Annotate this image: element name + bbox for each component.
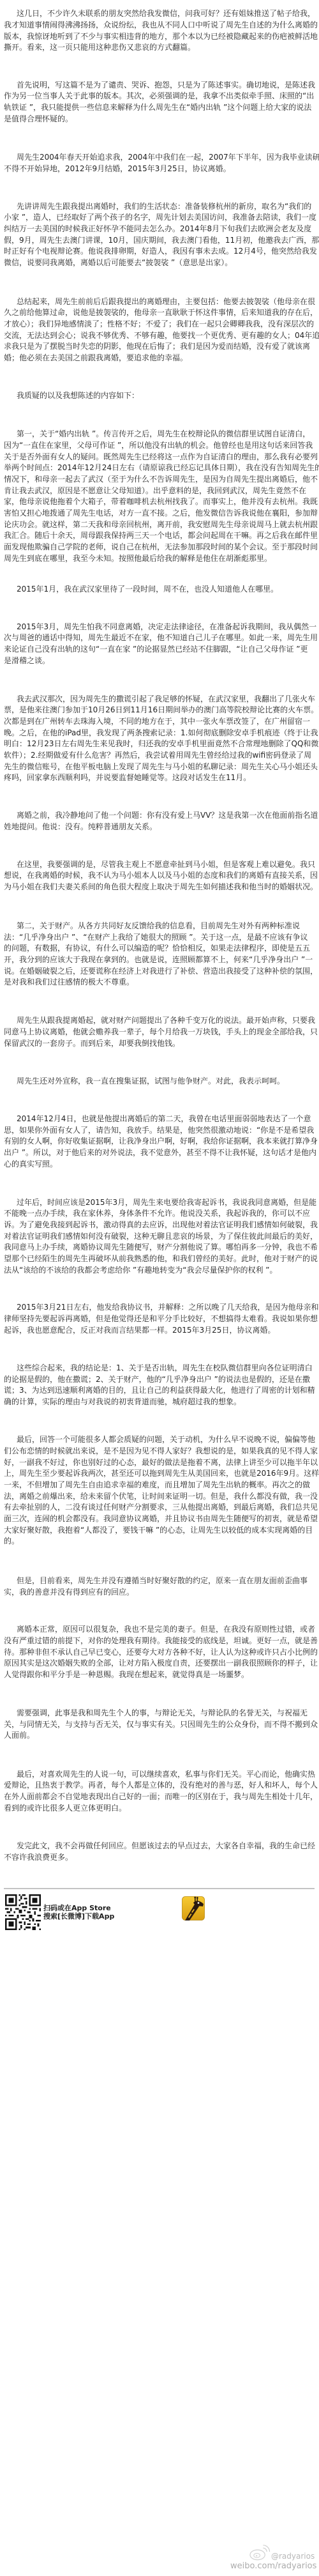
text-line: 明白：12月23日左右周先生来见我时，归还我的安卓手机里面竟然不合常理地删除了Q… (4, 739, 319, 750)
app-promo-text: 扫码或在App Store 搜索[长微博]下载App (43, 1904, 114, 1920)
text-line: 但是，目前看来，周先生并没有遵循当时好聚好散的约定，原来一直在朋友面前歪曲事 (4, 1575, 319, 1587)
paragraph: 2015年3月，周先生怕我不同意离婚，决定走法律途径，在准备起诉我期间，我从偶然… (4, 622, 319, 667)
text-line: 起诉，我也愿意配合，反正对我而言结果都一样。2015年3月25日，协议离婚。 (4, 1325, 319, 1337)
text-line: 的问题，有数据，有协议，有什么可以编造的呢？恰恰相反，如果走法律程序，即使是五五 (4, 943, 319, 954)
text-line: 纠结万一去美国的时候我正好怀孕不能同去怎么办。2014年8月下旬我们去欧洲会老友… (4, 224, 319, 235)
paragraph: 我质疑的以及我想陈述的内容如下： (4, 390, 319, 402)
text-line: 待。那种非但不承认自己早已变心，还要夸大对方各种不好，让人认为这种或许只占小比例… (4, 1647, 319, 1659)
text-line: 这些综合起来，我的结论是：1、关于是否出轨，周先生在校队微信群里向各位证明清白 (4, 1363, 319, 1374)
text-line: 是值得合理怀疑的。 (4, 114, 319, 125)
text-line: 交流，无法达到会心；说我不够优秀、不够有趣，他要找一个更优秀、更有趣的女人；04… (4, 330, 319, 342)
text-line: 说。在婚姻破裂之后，还要谎称在经济上对我进行了补偿、营造出我接受了这种补偿的氛围… (4, 966, 319, 977)
paragraph: 这些综合起来，我的结论是：1、关于是否出轨，周先生在校队微信群里向各位证明清白的… (4, 1363, 319, 1408)
text-line: 有去牵扯别的人，二没有谈过任何财产分割要求，三从他提出离婚，到最后离婚，我们总共… (4, 1502, 319, 1514)
text-line: 出户 ”。所以，对于他后来的对外说法，我不觉意外，甚至不得不让我怀疑，这句话才是… (4, 1147, 319, 1159)
text-line: 一来，不但增加了周先生自由追求幸福的难度，而且增加了周先生出轨的概率。再次之的做 (4, 1480, 319, 1491)
giraffe-app-icon (182, 1896, 205, 1920)
text-line: 论庆功会。就这样，第二天我和母亲回杭州，离开前，我安慰周先生母亲说周马上就去杭州… (4, 519, 319, 531)
text-line: 法从“该给的不该给的我都会考虑给你 ”有趣地转变为“我会尽量保护你的权利 ”。 (4, 1265, 319, 1276)
promo-line-scan: 扫码或在App Store (43, 1904, 114, 1912)
paragraph: 过年后，时间应该是2015年3月，周先生来电要给我寄起诉书，我说我同意离婚，但是… (4, 1197, 319, 1276)
text-line: 情况下，和母亲一起去了武汉（至于为什么不告诉周先生，是因为自周先生提出离婚后，他… (4, 474, 319, 486)
text-line: 实，我的善意并没有得到应有的回应。 (4, 1587, 319, 1598)
text-line: 是对我和我们过往感情的极大不尊重。 (4, 977, 319, 988)
text-line: 对着法官证明我们感情如何没有破裂，这种无聊且悲哀的场景，为了保住彼此间最后的美好… (4, 1231, 319, 1243)
text-line: 我汇合。随后十余天，周母跟我保持两三天一个电话，都会问起周在干嘛。再之后我在邮件… (4, 530, 319, 542)
text-line: 的。 (4, 1536, 319, 1547)
text-line: 大家好聚好散，我抱着“人都没了，要钱干嘛 ”的心态，让周先生以较低的成本实现离婚… (4, 1525, 319, 1537)
text-line: 心的真实写照。 (4, 1159, 319, 1170)
text-line: 爱辩论，且热衷于教学。再者，每个人都是立体的，没有绝对的善与恶，好人和坏人，每个… (4, 1780, 319, 1791)
text-line: 2014年12月4日，也就是他提出离婚后的第二天，我曾在电话里面弱弱地表达了一个… (4, 1114, 319, 1125)
article-body: 这几日，不少许久未联系的朋友突然给我发微信，问我可好？还有姐妹推送了帖子给我，我… (0, 0, 319, 1878)
text-line: 总结起来，周先生前前后后跟我提出的离婚理由，主要包括：他要去披袈裟（他母亲在很 (4, 296, 319, 308)
text-line: 版本，我惊讶地听到了不少与事实相违背的地方，那个本以为已经被隐藏起来的伤疤被鲜活… (4, 31, 319, 43)
paragraph: 周先生从跟我提离婚起，就对财产问题提出了各种千变万化的说法。最开始声称，只要我同… (4, 1015, 319, 1049)
text-line: 离婚之前，我冷静地问了他一个问题：你有没有爱上马VV？这是我第一次在他面前指名道 (4, 810, 319, 822)
text-line: 晚。之后，在他的iPad里，我发现了两条搜索记录：1.如何彻底删除安卓手机痕迹（… (4, 728, 319, 739)
text-line: 2015年1月，我在武汉家里待了一段时间，周不在，也没人知道他人在哪里。 (4, 584, 319, 595)
paragraph: 发完此文，我不会再做任何回应。但愿该过去的早点过去，大家各自幸福，我的生命已经不… (4, 1841, 319, 1863)
text-line: 我才知道事情闹得沸沸扬扬，众说纷纭，我也从不同人口中听说了周先生自述的为什么离婚… (4, 20, 319, 31)
text-line: 同意马上协议离婚，他就会赡养我一辈子，每个月给我一万块钱，手头上的现金全部给我，… (4, 1027, 319, 1038)
paragraph: 这几日，不少许久未联系的朋友突然给我发微信，问我可好？还有姐妹推送了帖子给我，我… (4, 8, 319, 54)
text-line: 法：“几乎净身出户 ”、“在财产上我给了她很大的照顾 ”。关于这一点，是最不应该… (4, 932, 319, 944)
text-line: 时正好有个电视辩论赛。他说我排卵期，好造人，我因有事未去成。12月4号，他突然给… (4, 246, 319, 257)
text-line: 轨铁证 ”，我只能提供一些信息来解释为什么周先生在“婚内出轨 ”这个问题上给大家… (4, 102, 319, 114)
text-line: 周先生还对外宣称，我一直在搜集证据，试图与他争财产。对此，我表示呵呵。 (4, 1076, 319, 1087)
text-line: 求我只是为了摆脱当时失恋的阴影，他现在后悔了；我们是因为爱而结婚，没有爱了就该离 (4, 341, 319, 353)
text-line: 上，周先生至少要起诉我两次，甚至还可以拖到周先生从美国回来，也就是2016年9月… (4, 1468, 319, 1480)
watermark-url: weibo.com/radyarios (230, 2561, 316, 2571)
paragraph: 最后，对喜欢周先生的人说一句，可以继续喜欢，私事与你们无关。平心而论，他确实热爱… (4, 1769, 319, 1814)
paragraph: 2015年3月21日左右，他发给我协议书，并解释：之所以晚了几天给我，是因为他母… (4, 1302, 319, 1336)
text-line: 法，离婚之前爆出来，给未来留个伏笔，让时间来证明一切。但是，我什么都没有做，我一… (4, 1491, 319, 1503)
text-line: 需要强调，此事是我和周先生个人的事，与辩论无关，与辩论队的名誉无关，与祝福无 (4, 1708, 319, 1719)
text-line: 这几日，不少许久未联系的朋友突然给我发微信，问我可好？还有姐妹推送了帖子给我， (4, 8, 319, 20)
text-line: 久之前给他算过命，说他是披袈裟的，他母亲一直耿耿于怀这件事情，后来知道我的存在后… (4, 307, 319, 319)
text-line: 不得不开始异地，2012年9月结婚，2015年3月25日，协议离婚。 (4, 164, 319, 175)
text-line: 周先生从跟我提离婚起，就对财产问题提出了各种千变万化的说法。最开始声称，只要我 (4, 1015, 319, 1027)
text-line: 次都是到在广州转车去珠海入境，不同的地方在于，其中一张火车票改签了，在广州留宿一 (4, 716, 319, 728)
text-line: 次与周爸的通话中得知，周先生最近不在家，他不知道自己儿子在哪里。如此一来，周先生… (4, 632, 319, 644)
text-line: 害怕又担心地拨通了周先生电话，对方一直不接。之后，他发微信告诉我说他在襄阳，参加… (4, 508, 319, 519)
paragraph: 先讲讲周先生跟我提出离婚时，我们的生活状态：准备装修杭州的新房，取名为“我们的小… (4, 201, 319, 269)
text-line: 2015年3月，周先生怕我不同意离婚，决定走法律途径，在准备起诉我期间，我从偶然… (4, 622, 319, 633)
text-line: 在这里，我要强调的是，尽管我主观上不愿意牵扯到马小姐，但是客观上难以避免。我只 (4, 859, 319, 871)
text-line: 疼吗，回家拿东西顺利吗，并说要监督她睡觉等。这段对话发生在11月。 (4, 772, 319, 784)
paragraph: 周先生2004年春天开始追求我，2004年中我们在一起，2007年下半年，因为我… (4, 152, 319, 174)
paragraph: 离婚本正常，原因可以很复杂，我也不是完美的妻子。但是，在我没有原则性过错，或者没… (4, 1624, 319, 1680)
text-line: 因为“一直住在家里，父母可作证 ”，所以他没有出轨的机会。他曾经也是用这句话来回… (4, 440, 319, 452)
text-line: 确的计算，实际的理由与对我说的初衷背道而驰，城府超过我的想象。 (4, 1397, 319, 1408)
text-line: 我质疑的以及我想陈述的内容如下： (4, 390, 319, 402)
text-line: 举两个时间点：2014年12月24日左右（请原谅我已经忘记具体日期），我在没有告… (4, 463, 319, 474)
paragraph: 周先生还对外宣称，我一直在搜集证据，试图与他争财产。对此，我表示呵呵。 (4, 1076, 319, 1087)
text-line: 开，我分到的应该大于我现在拿到的。也就是说，连照顾都算不上，何来“几乎净身出户 … (4, 954, 319, 966)
paragraph: 第二，关于财产。从各方共同好友反馈给我的信息看，目前周先生对外有两种标准说法：“… (4, 921, 319, 988)
text-line: 关于是否外面有女人的疑问。既然周先生已经将这一点作为自证清白的理由，那么我有必要… (4, 452, 319, 463)
text-line: 原因其实是这次婚姻失败的全部，让对方陷入极度自责，还要摆出一副我很照顾你的样子，… (4, 1658, 319, 1669)
qr-code-icon (4, 1894, 41, 1930)
text-line: 2015年3月21日左右，他发给我协议书，并解释：之所以晚了几天给我，是因为他母… (4, 1302, 319, 1314)
text-line: 保留武汉的一套房子。而到后来，却要我倒找他钱。 (4, 1038, 319, 1050)
text-line: 姓地提问。他说：没有。纯粹普通朋友关系。 (4, 822, 319, 833)
text-line: 不容许我浪费更多。 (4, 1852, 319, 1864)
text-line: 诉。为了避免我接到起诉书，激动得真的去应诉，出现他对着法官证明我们感情如何破裂，… (4, 1220, 319, 1231)
paragraph: 2015年1月，我在武汉家里待了一段时间，周不在，也没人知道他人在哪里。 (4, 584, 319, 595)
text-line: 来论证自己没有出轨的这句“一直在家 ”的论据显然已经站不住脚跟，“让自己父母作证… (4, 644, 319, 655)
text-line: 周先生到底在哪里，我至今未知。按照他最后给我的解释是他住在胡渐彪那里。 (4, 553, 319, 565)
text-line: 关，与同情无关，与支持与否无关，仅与事实有关。只因周先生的公众身份，而不得不搬到… (4, 1719, 319, 1731)
text-line: 过年后，时间应该是2015年3月，周先生来电要给我寄起诉书，我说我同意离婚，但是… (4, 1197, 319, 1209)
text-line: 最后，对喜欢周先生的人说一句，可以继续喜欢，私事与你们无关。平心而论，他确实热 (4, 1769, 319, 1781)
footer-divider (4, 1888, 315, 1889)
watermark-handle: @radyarios (271, 2552, 315, 2561)
text-line: 最后，回答一个可能很多人都会质疑的问题，关于动机，为什么早不说晚不说，偏偏等他 (4, 1434, 319, 1446)
text-line: 离婚本正常，原因可以很复杂，我也不是完美的妻子。但是，在我没有原则性过错，或者 (4, 1624, 319, 1636)
text-line: 谎；3、为达到迅速顺利离婚的目的，且让自己的利益获得最大化，他进行了周密的计划和… (4, 1385, 319, 1397)
text-line: 人觉得跟你和平分手是一种恩赐。我现在想起来，就觉得真是一场噩梦。 (4, 1669, 319, 1681)
text-line: 没有严重过错的前提下，对你的处理我有期待。我能接受的底线是，坦诚。更好一点，就是… (4, 1636, 319, 1647)
text-line: 面发现他欺骗自己学院的老师，说自己在杭州，无法参加那段时间的某个会议。至于那段时… (4, 542, 319, 553)
text-line: 第一，关于“婚内出轨 ”。传言传开之后，周先生在校辩论队的微信群里试图自证清白， (4, 429, 319, 440)
text-line: 肯让我去武汉，原因是不愿意让父母知道）。出乎意料的是，我回到武汉，周先生竟然不在 (4, 486, 319, 497)
paragraph: 2014年12月4日，也就是他提出离婚后的第二天，我曾在电话里面弱弱地表达了一个… (4, 1114, 319, 1170)
weibo-logo-icon (249, 2544, 271, 2561)
text-line: 票，是他来往澳门参加于10月26日到11月16日期间举办的澳门高等院校辩论比赛的… (4, 705, 319, 716)
text-line: 先生的微信账号，在他平板电脑上发现了周先生与马小姐的私聊记录：周先生关心马小姐还… (4, 762, 319, 773)
text-line: 周先生2004年春天开始追求我，2004年中我们在一起，2007年下半年，因为我… (4, 152, 319, 164)
paragraph: 第一，关于“婚内出轨 ”。传言传开之后，周先生在校辩论队的微信群里试图自证清白，… (4, 429, 319, 564)
text-line: 婚；他必须在去美国之前跟我离婚，要追求他的幸福。 (4, 353, 319, 364)
text-line: 发完此文，我不会再做任何回应。但愿该过去的早点过去，大家各自幸福，我的生命已经 (4, 1841, 319, 1852)
promo-line-search: 搜索[长微博]下载App (43, 1912, 114, 1920)
text-line: 首先说明，写这篇不是为了谴责、哭诉、抱怨，只是为了陈述事实。确切地说，是陈述我 (4, 80, 319, 91)
text-line: 家，他母亲说他拖着个大箱子，带着咖啡机去杭州找我了。而事实上，他并没有去杭州。我… (4, 496, 319, 508)
text-line: 望那个已经陌生的周先生再破坏从前我熟悉的他，和我们曾经的美好。此时，他对于财产的… (4, 1253, 319, 1265)
text-line: 面三次，连闹的机会都没有。我同意协议离婚，并且协议书由周先生随便写的初衷，就是希… (4, 1514, 319, 1525)
text-line: 有别的女人啊，你好收集证据啊，让我净身出户啊，好啊，我给你证据啊，我本来就打算净… (4, 1136, 319, 1147)
text-line: 小家 ”，造人，已经取好了两个孩子的名字，周先计划去美国访问，我准备去陪读，我们… (4, 212, 319, 224)
text-line: 们公布恋情的时候就出来说，是不是因为见不得人家好？我想说的是，如果我真的见不得人… (4, 1446, 319, 1457)
paragraph: 总结起来，周先生前前后后跟我提出的离婚理由，主要包括：他要去披袈裟（他母亲在很久… (4, 296, 319, 364)
paragraph: 最后，回答一个可能很多人都会质疑的问题，关于动机，为什么早不说晚不说，偏偏等他们… (4, 1434, 319, 1547)
paragraph: 但是，目前看来，周先生并没有遵循当时好聚好散的约定，原来一直在朋友面前歪曲事实，… (4, 1575, 319, 1598)
paragraph: 首先说明，写这篇不是为了谴责、哭诉、抱怨，只是为了陈述事实。确切地说，是陈述我作… (4, 80, 319, 125)
text-line: 为马小姐在我们夫妻关系间的角色很大程度上取决于周先生如何描述我和他当时的婚姻状况… (4, 882, 319, 893)
text-line: 撕开。看来，这一页只能用这种悲伤又悲哀的方式翻篇。 (4, 42, 319, 54)
text-line: 我同意马上办手续，离婚协议周先生随便写，财产分割他说了算。哪怕再多一分钟，我也不… (4, 1242, 319, 1253)
text-line: 律师坚持先要起诉再离婚，但是他觉得还是和平分手比较好，不想搞得太难看。我说如果你… (4, 1314, 319, 1325)
text-line: 看到的或许比很多人更立体更明白。 (4, 1803, 319, 1814)
text-line: 的论据是假的，他在撒谎；2、关于财产，他的“几乎净身出户 ”的说法也是假的，还是… (4, 1374, 319, 1386)
paragraph: 需要强调，此事是我和周先生个人的事，与辩论无关，与辩论队的名誉无关，与祝福无关，… (4, 1708, 319, 1742)
text-line: 我去武汉那次，因为周先生的撒谎引起了我足够的怀疑，在武汉家里，我翻出了几张火车 (4, 694, 319, 705)
text-line: 微信，说要同我离婚，离婚以后可能要去“披袈裟 ”（意思是出家）。 (4, 257, 319, 269)
text-line: 假，9月，周先生去澳门讲课，10月，国庆期间，我去澳门看他，11月初，他邀我去广… (4, 235, 319, 247)
long-weibo-page: 这几日，不少许久未联系的朋友突然给我发微信，问我可好？还有姐妹推送了帖子给我，我… (0, 0, 319, 2576)
text-line: 人面前。 (4, 1730, 319, 1742)
text-line: 在外人面前都会不自觉地表现出自己好的一面；而唯一的区别在于，我与周先生相处十几年… (4, 1791, 319, 1803)
text-line: 好，一副我不好过，你也别好过的心态，最好的做法是拖着不离，法律上讲至少可以拖半年… (4, 1457, 319, 1469)
text-line: 先讲讲周先生跟我提出离婚时，我们的生活状态：准备装修杭州的新房，取名为“我们的 (4, 201, 319, 213)
paragraph: 离婚之前，我冷静地问了他一个问题：你有没有爱上马VV？这是我第一次在他面前指名道… (4, 810, 319, 832)
paragraph: 在这里，我要强调的是，尽管我主观上不愿意牵扯到马小姐，但是客观上难以避免。我只想… (4, 859, 319, 893)
text-line: 不能晚一点办手续，我在家休养，身体条件不允许。他说没关系，我起诉我的，你可以不应 (4, 1208, 319, 1220)
text-line: 思，如果你外面有女人了，请告知，我放手。结果是，他突然很激动地说：“你是不是希望… (4, 1125, 319, 1137)
text-line: 才放心）；我们异地感情淡了；性格不好；不爱了；我们在一起只会卿卿我我，没有深层次… (4, 319, 319, 330)
text-line: 作为另一位当事人关于此事的版本。其次，必须强调的是，我拿不出类似牵手照、床照的“… (4, 91, 319, 102)
paragraph: 我去武汉那次，因为周先生的撒谎引起了我足够的怀疑，在武汉家里，我翻出了几张火车票… (4, 694, 319, 785)
text-line: 第二，关于财产。从各方共同好友反馈给我的信息看，目前周先生对外有两种标准说 (4, 921, 319, 932)
text-line: 软件）；2.经期做爱有什么危害？再然后，我尝试着用周先生曾经给过我的wifi密码… (4, 750, 319, 762)
text-line: 是滑稽之谈。 (4, 655, 319, 667)
text-line: 想说，在我离婚的时候，我不认为马小姐本人以及马小姐的态度和我们的离婚有直接关系，… (4, 870, 319, 882)
